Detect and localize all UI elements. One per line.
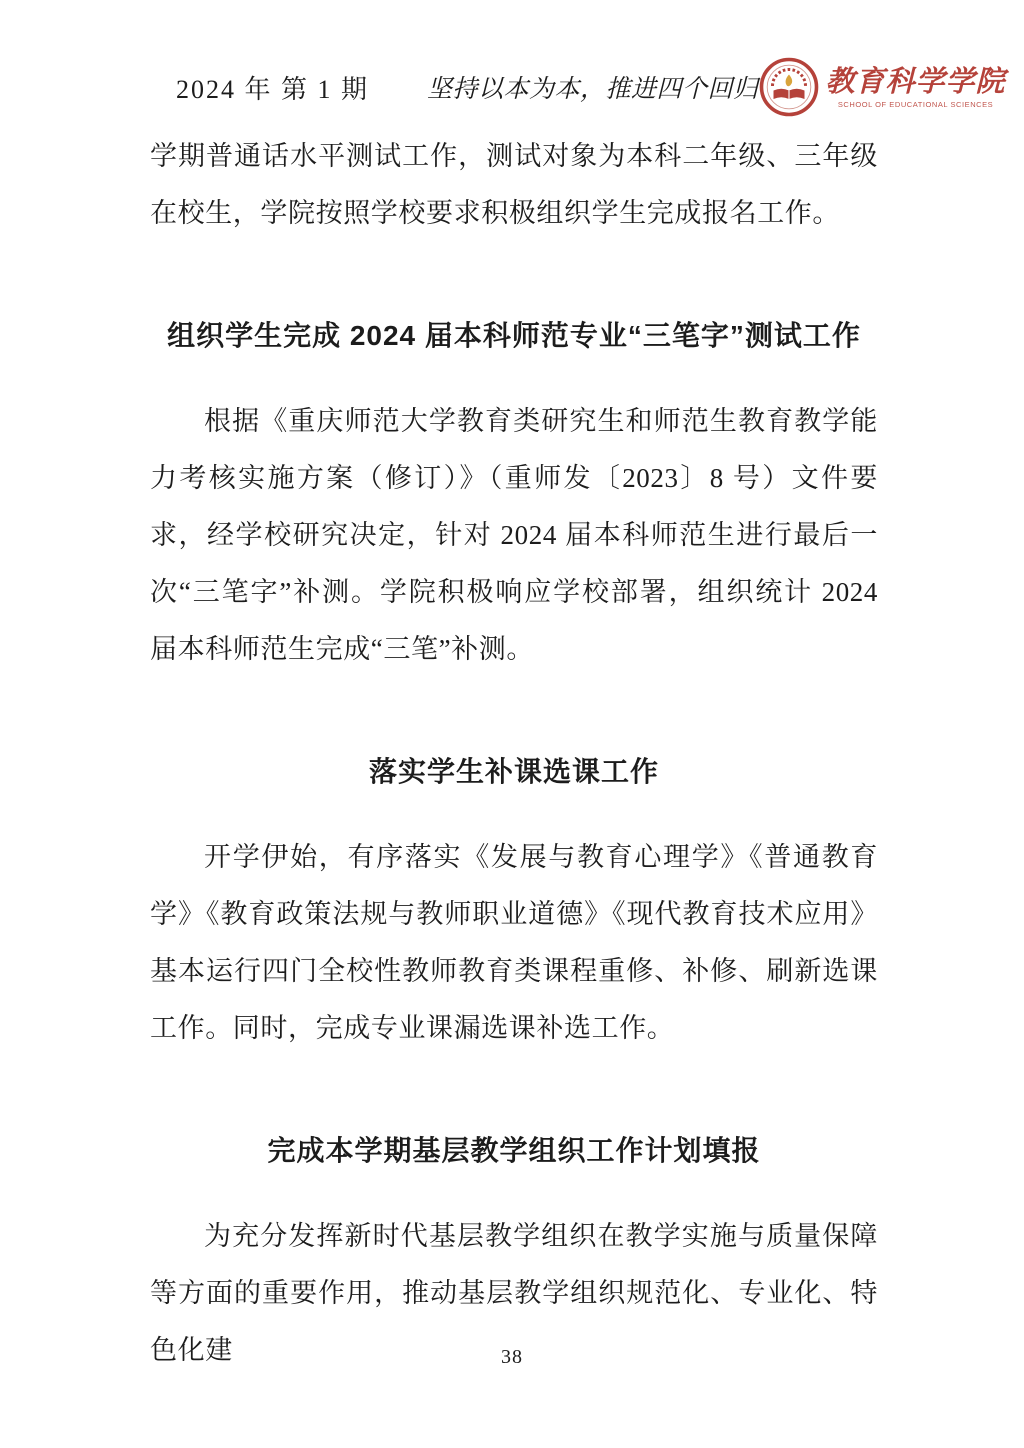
document-body: 学期普通话水平测试工作，测试对象为本科二年级、三年级在校生，学院按照学校要求积极… [150,128,878,1379]
heading-sanbizi-test: 组织学生完成 2024 届本科师范专业“三笔字”测试工作 [150,314,878,358]
heading-course-selection: 落实学生补课选课工作 [150,750,878,794]
page-footer: 38 [0,1346,1024,1369]
college-logo-text: 教育科学学院 SCHOOL OF EDUCATIONAL SCIENCES [826,66,1006,109]
college-name-zh: 教育科学学院 [826,66,1006,98]
issue-label: 2024 年 第 1 期 [176,69,369,106]
page-header: 2024 年 第 1 期 坚持以本为本，推进四个回归 教育科学学院 SCHOOL… [150,55,904,119]
paragraph-course-selection-detail: 开学伊始，有序落实《发展与教育心理学》《普通教育学》《教育政策法规与教师职业道德… [150,829,878,1057]
college-name-en: SCHOOL OF EDUCATIONAL SCIENCES [838,100,993,109]
newsletter-page: 2024 年 第 1 期 坚持以本为本，推进四个回归 教育科学学院 SCHOOL… [0,0,1024,1448]
page-number: 38 [501,1346,523,1368]
paragraph-sanbizi-detail: 根据《重庆师范大学教育类研究生和师范生教育教学能力考核实施方案（修订）》（重师发… [150,393,878,678]
college-seal-icon [759,57,819,117]
header-slogan: 坚持以本为本，推进四个回归 [427,69,759,105]
college-logo: 教育科学学院 SCHOOL OF EDUCATIONAL SCIENCES [759,57,1006,117]
heading-teaching-org-plan: 完成本学期基层教学组织工作计划填报 [150,1129,878,1173]
paragraph-putonghua-test: 学期普通话水平测试工作，测试对象为本科二年级、三年级在校生，学院按照学校要求积极… [150,128,878,242]
